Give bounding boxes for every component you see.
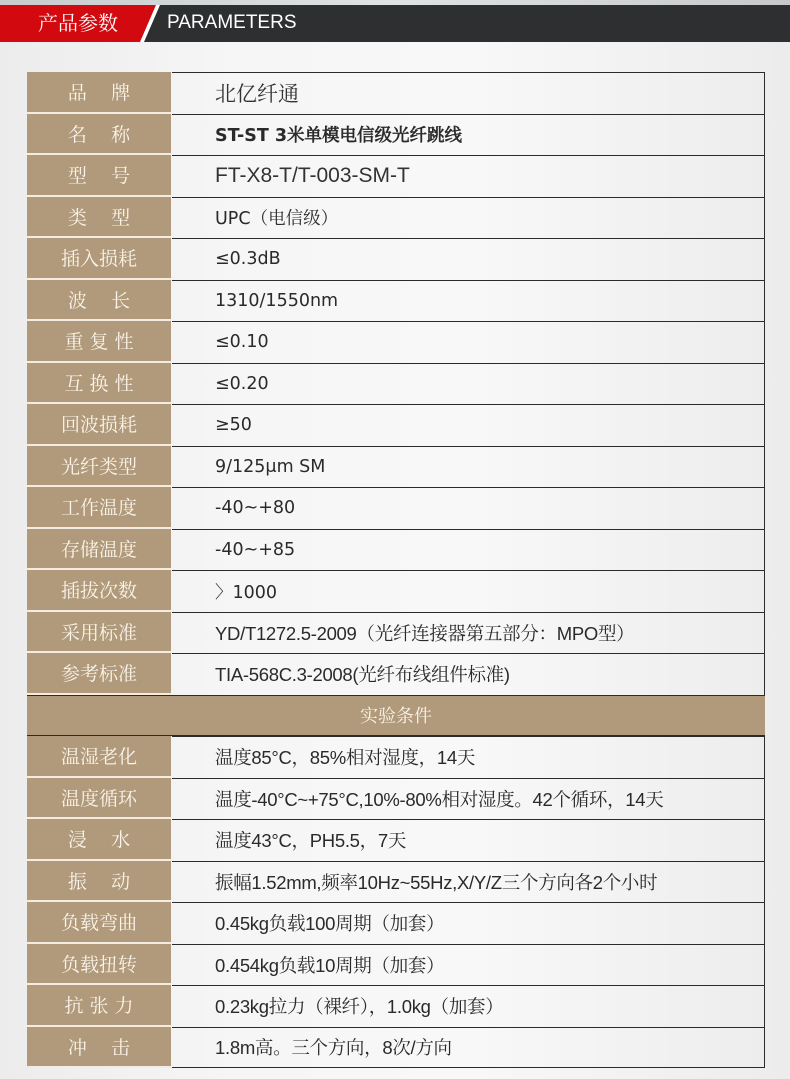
- section-header: 产品参数 PARAMETERS: [0, 5, 790, 42]
- param-label: 存储温度: [27, 529, 171, 571]
- param-row-type: 类 型 UPC（电信级）: [27, 197, 765, 239]
- exp-label: 负载扭转: [27, 944, 171, 986]
- param-value: 〉1000: [172, 570, 765, 612]
- exp-label: 浸 水: [27, 819, 171, 861]
- exp-label: 振 动: [27, 861, 171, 903]
- param-value: 北亿纤通: [172, 72, 765, 114]
- param-row-reference-standard: 参考标准 TIA-568C.3-2008(光纤布线组件标准): [27, 653, 765, 695]
- exp-row-impact: 冲 击 1.8m高。三个方向，8次/方向: [27, 1027, 765, 1069]
- param-label: 插拔次数: [27, 570, 171, 612]
- param-value: ≤0.3dB: [172, 238, 765, 280]
- param-label: 类 型: [27, 197, 171, 239]
- param-row-model: 型 号 FT-X8-T/T-003-SM-T: [27, 155, 765, 197]
- param-row-fiber-type: 光纤类型 9/125μm SM: [27, 446, 765, 488]
- exp-value: 0.23kg拉力（裸纤），1.0kg（加套）: [172, 985, 765, 1027]
- exp-value: 温度-40°C~+75°C,10%-80%相对湿度。42个循环，14天: [172, 778, 765, 820]
- param-row-brand: 品 牌 北亿纤通: [27, 72, 765, 114]
- exp-row-tensile-strength: 抗 张 力 0.23kg拉力（裸纤），1.0kg（加套）: [27, 985, 765, 1027]
- param-label: 名 称: [27, 114, 171, 156]
- param-label: 工作温度: [27, 487, 171, 529]
- param-label: 互 换 性: [27, 363, 171, 405]
- param-row-insertion-loss: 插入损耗 ≤0.3dB: [27, 238, 765, 280]
- exp-row-load-bending: 负载弯曲 0.45kg负载100周期（加套）: [27, 902, 765, 944]
- param-row-operating-temp: 工作温度 -40~+80: [27, 487, 765, 529]
- header-title-en: PARAMETERS: [167, 8, 297, 38]
- param-row-repeatability: 重 复 性 ≤0.10: [27, 321, 765, 363]
- param-label: 品 牌: [27, 72, 171, 114]
- exp-value: 温度85°C，85%相对湿度，14天: [172, 736, 765, 778]
- param-value: FT-X8-T/T-003-SM-T: [172, 155, 765, 197]
- param-row-wavelength: 波 长 1310/1550nm: [27, 280, 765, 322]
- param-row-storage-temp: 存储温度 -40~+85: [27, 529, 765, 571]
- param-value: YD/T1272.5-2009（光纤连接器第五部分：MPO型）: [172, 612, 765, 654]
- exp-label: 冲 击: [27, 1027, 171, 1069]
- exp-row-temp-cycling: 温度循环 温度-40°C~+75°C,10%-80%相对湿度。42个循环，14天: [27, 778, 765, 820]
- exp-value: 0.454kg负载10周期（加套）: [172, 944, 765, 986]
- param-label: 重 复 性: [27, 321, 171, 363]
- param-row-return-loss: 回波损耗 ≥50: [27, 404, 765, 446]
- exp-row-water-immersion: 浸 水 温度43°C，PH5.5，7天: [27, 819, 765, 861]
- section-title: 实验条件: [27, 695, 765, 737]
- exp-label: 温湿老化: [27, 736, 171, 778]
- param-label: 回波损耗: [27, 404, 171, 446]
- param-value: -40~+85: [172, 529, 765, 571]
- param-value: 9/125μm SM: [172, 446, 765, 488]
- param-label: 型 号: [27, 155, 171, 197]
- header-title-cn: 产品参数: [38, 8, 118, 38]
- param-value: UPC（电信级）: [172, 197, 765, 239]
- exp-label: 温度循环: [27, 778, 171, 820]
- param-row-mating-cycles: 插拔次数 〉1000: [27, 570, 765, 612]
- param-value: 1310/1550nm: [172, 280, 765, 322]
- exp-label: 负载弯曲: [27, 902, 171, 944]
- param-value: TIA-568C.3-2008(光纤布线组件标准): [172, 653, 765, 695]
- exp-row-damp-heat-aging: 温湿老化 温度85°C，85%相对湿度，14天: [27, 736, 765, 778]
- param-label: 参考标准: [27, 653, 171, 695]
- exp-label: 抗 张 力: [27, 985, 171, 1027]
- param-value: ≤0.10: [172, 321, 765, 363]
- exp-value: 1.8m高。三个方向，8次/方向: [172, 1027, 765, 1069]
- param-row-name: 名 称 ST-ST 3米单模电信级光纤跳线: [27, 114, 765, 156]
- exp-value: 温度43°C，PH5.5，7天: [172, 819, 765, 861]
- param-value: -40~+80: [172, 487, 765, 529]
- param-value: ≤0.20: [172, 363, 765, 405]
- param-value: ST-ST 3米单模电信级光纤跳线: [172, 114, 765, 156]
- param-row-interchangeability: 互 换 性 ≤0.20: [27, 363, 765, 405]
- param-label: 光纤类型: [27, 446, 171, 488]
- exp-value: 0.45kg负载100周期（加套）: [172, 902, 765, 944]
- param-value: ≥50: [172, 404, 765, 446]
- param-label: 波 长: [27, 280, 171, 322]
- param-row-adopted-standard: 采用标准 YD/T1272.5-2009（光纤连接器第五部分：MPO型）: [27, 612, 765, 654]
- parameters-table: 品 牌 北亿纤通 名 称 ST-ST 3米单模电信级光纤跳线 型 号 FT-X8…: [27, 72, 765, 1068]
- exp-row-vibration: 振 动 振幅1.52mm,频率10Hz~55Hz,X/Y/Z三个方向各2个小时: [27, 861, 765, 903]
- exp-value: 振幅1.52mm,频率10Hz~55Hz,X/Y/Z三个方向各2个小时: [172, 861, 765, 903]
- exp-row-load-twist: 负载扭转 0.454kg负载10周期（加套）: [27, 944, 765, 986]
- param-label: 采用标准: [27, 612, 171, 654]
- section-row-test-conditions: 实验条件: [27, 695, 765, 737]
- param-label: 插入损耗: [27, 238, 171, 280]
